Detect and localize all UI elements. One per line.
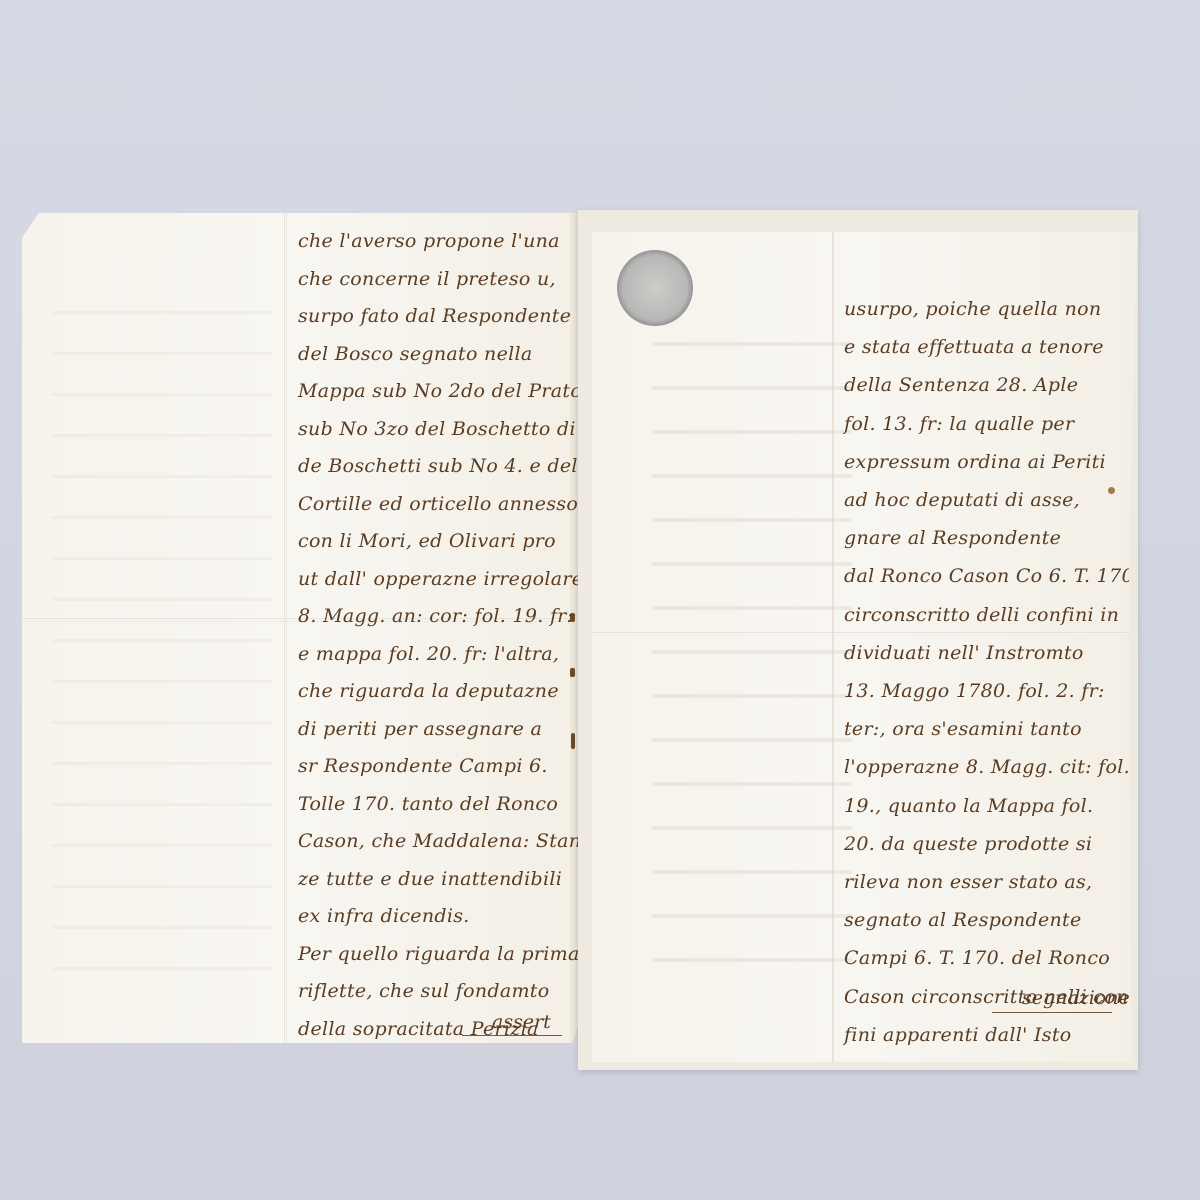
text-line: fini apparenti dall' Isto — [844, 1016, 1140, 1054]
left-page-text: che l'averso propone l'una che concerne … — [298, 223, 615, 1086]
text-line: ter:, ora s'esamini tanto — [844, 710, 1140, 748]
text-line: dalla Mappa, dall' as, — [844, 1130, 1140, 1168]
text-line: de Boschetti sub No 4. e del — [298, 448, 615, 486]
text-line: ut dall' opperazne irregolare — [298, 561, 615, 599]
catchword: assert — [492, 1011, 551, 1033]
bleed-through-text — [652, 302, 852, 1002]
text-line: non possa verificarsi l' — [298, 1048, 615, 1086]
text-line: rileva non esser stato as, — [844, 863, 1140, 901]
text-line: sr Respondente Campi 6. — [298, 748, 615, 786]
text-line: sub No 3zo del Boschetto di — [298, 411, 615, 449]
text-line: Mappa sub No 2do del Prato — [298, 373, 615, 411]
bleed-through-text — [52, 273, 272, 1003]
text-line: che riguarda la deputazne — [298, 673, 615, 711]
text-line: cit: fol: 2. fr: ter: poiche — [844, 1054, 1140, 1092]
text-line: ze tutte e due inattendibili — [298, 861, 615, 899]
text-line: che concerne il preteso u, — [298, 261, 615, 299]
catchword-underline — [992, 1012, 1112, 1013]
text-line: surpo fato dal Respondente — [298, 298, 615, 336]
text-line: della sopracitata Perizia — [298, 1011, 615, 1049]
text-line: fol. 13. fr: la qualle per — [844, 405, 1140, 443]
text-line: usurpo, poiche quella non — [844, 290, 1140, 328]
text-line: di periti per assegnare a — [298, 711, 615, 749]
text-line: circonscritto delli confini in — [844, 596, 1140, 634]
text-line: segnato al Respondente — [844, 901, 1140, 939]
text-line: Tolle 170. tanto del Ronco — [298, 786, 615, 824]
text-line: Campi 6. T. 170. del Ronco — [844, 939, 1140, 977]
catchword: segnazione — [1022, 987, 1130, 1009]
vertical-fold-crease — [832, 232, 834, 1062]
text-line: 20. da queste prodotte si — [844, 825, 1140, 863]
text-line: Cason, che Maddalena: Stan — [298, 823, 615, 861]
text-line: del Bosco segnato nella — [298, 336, 615, 374]
catchword-underline — [462, 1035, 562, 1036]
embossed-seal-icon — [617, 250, 693, 326]
text-line: riflette, che sul fondamto — [298, 973, 615, 1011]
text-line: 8. Magg. an: cor: fol. 19. fr: ter: — [298, 598, 615, 636]
text-line: Cortille ed orticello annesso — [298, 486, 615, 524]
vertical-fold-crease — [284, 213, 287, 1043]
text-line: 13. Maggo 1780. fol. 2. fr: — [844, 672, 1140, 710]
text-line: expressum ordina ai Periti — [844, 443, 1140, 481]
text-line: 19., quanto la Mappa fol. — [844, 787, 1140, 825]
text-line: Per quello riguarda la prima — [298, 936, 615, 974]
text-line: e stata effettuata a tenore — [844, 328, 1140, 366]
text-line: ad hoc deputati di asse, — [844, 481, 1140, 519]
text-line: assegnando il No 1mo = prov — [844, 1092, 1140, 1130]
left-manuscript-page: che l'averso propone l'una che concerne … — [22, 213, 584, 1043]
text-line: dal Ronco Cason Co 6. T. 170. — [844, 557, 1140, 595]
right-page-text: usurpo, poiche quella non e stata effett… — [844, 290, 1140, 1169]
text-line: ex infra dicendis. — [298, 898, 615, 936]
right-manuscript-page: usurpo, poiche quella non e stata effett… — [592, 232, 1137, 1062]
text-line: e mappa fol. 20. fr: l'altra, — [298, 636, 615, 674]
text-line: gnare al Respondente — [844, 519, 1140, 557]
text-line: con li Mori, ed Olivari pro — [298, 523, 615, 561]
text-line: dividuati nell' Instromto — [844, 634, 1140, 672]
text-line: l'opperazne 8. Magg. cit: fol. — [844, 748, 1140, 786]
text-line: della Sentenza 28. Aple — [844, 366, 1140, 404]
text-line: che l'averso propone l'una — [298, 223, 615, 261]
